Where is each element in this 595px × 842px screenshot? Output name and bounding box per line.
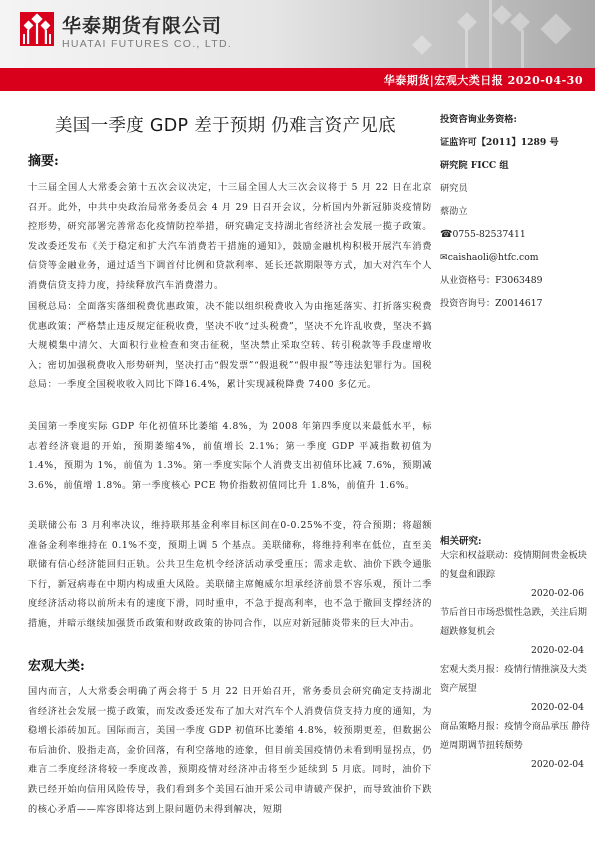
phone-number: 0755-82537411 — [452, 229, 525, 240]
qualification-label: 投资咨询业务资格: — [440, 108, 590, 131]
department: 研究院 FICC 组 — [440, 154, 590, 177]
header-decoration — [395, 0, 595, 68]
report-banner: 华泰期货|宏观大类日报 2020-04-30 — [0, 68, 595, 91]
related-item-title[interactable]: 商品策略月报：疫情令商品承压 静待逆周期调节扭转颓势 — [440, 717, 590, 755]
license-number: 证监许可【2011】1289 号 — [440, 131, 590, 154]
related-item-date: 2020-02-04 — [440, 641, 590, 660]
related-research-heading: 相关研究: — [440, 533, 482, 547]
company-name-cn: 华泰期货有限公司 — [62, 11, 222, 38]
summary-paragraph-1: 十三届全国人大常委会第十五次会议决定，十三届全国人大三次会议将于 5 月 22 … — [28, 178, 432, 296]
envelope-icon: ✉ — [440, 252, 448, 263]
summary-paragraph-4: 美联储公布 3 月利率决议，维持联邦基金利率目标区间在0-0.25%不变，符合预… — [28, 516, 432, 634]
summary-paragraph-3: 美国第一季度实际 GDP 年化初值环比萎缩 4.8%，为 2008 年第四季度以… — [28, 417, 432, 495]
related-item[interactable]: 大宗和权益联动：疫情期间贵金板块的复盘和跟踪 2020-02-06 — [440, 546, 590, 603]
summary-paragraph-2: 国税总局：全面落实落细税费优惠政策，决不能以组织税费收入为由拖延落实、打折落实税… — [28, 297, 432, 395]
related-item-title[interactable]: 宏观大类月报：疫情行情推演及大类资产展望 — [440, 660, 590, 698]
company-name-en: HUATAI FUTURES CO., LTD. — [62, 38, 232, 50]
phone-icon: ☎ — [440, 229, 452, 240]
report-type-date: 华泰期货|宏观大类日报 2020-04-30 — [384, 72, 583, 88]
phone-row: ☎0755-82537411 — [440, 223, 590, 246]
consult-cert: 投资咨询号：Z0014617 — [440, 292, 590, 315]
analyst-role: 研究员 — [440, 177, 590, 200]
macro-heading: 宏观大类: — [28, 655, 85, 674]
related-item-date: 2020-02-04 — [440, 698, 590, 717]
related-item-title[interactable]: 大宗和权益联动：疫情期间贵金板块的复盘和跟踪 — [440, 546, 590, 584]
summary-heading: 摘要: — [28, 150, 59, 169]
report-header: 华泰期货有限公司 HUATAI FUTURES CO., LTD. — [0, 0, 595, 68]
practice-cert: 从业资格号：F3063489 — [440, 269, 590, 292]
email-row: ✉caishaoli@htfc.com — [440, 246, 590, 269]
related-item[interactable]: 宏观大类月报：疫情行情推演及大类资产展望 2020-02-04 — [440, 660, 590, 717]
related-item-date: 2020-02-06 — [440, 584, 590, 603]
analyst-name: 蔡劭立 — [440, 200, 590, 223]
related-item[interactable]: 商品策略月报：疫情令商品承压 静待逆周期调节扭转颓势 2020-02-04 — [440, 717, 590, 774]
email-link[interactable]: caishaoli@htfc.com — [448, 252, 539, 263]
report-title: 美国一季度 GDP 差于预期 仍难言资产见底 — [55, 112, 396, 137]
huatai-logo-icon — [20, 12, 54, 46]
related-item-title[interactable]: 节后首日市场恐慌性急跌，关注后期超跌修复机会 — [440, 603, 590, 641]
analyst-info: 投资咨询业务资格: 证监许可【2011】1289 号 研究院 FICC 组 研究… — [440, 108, 590, 315]
macro-paragraph: 国内而言，人大常委会明确了两会将于 5 月 22 日开始召开，常务委员会研究确定… — [28, 682, 432, 819]
related-item[interactable]: 节后首日市场恐慌性急跌，关注后期超跌修复机会 2020-02-04 — [440, 603, 590, 660]
related-item-date: 2020-02-04 — [440, 755, 590, 774]
